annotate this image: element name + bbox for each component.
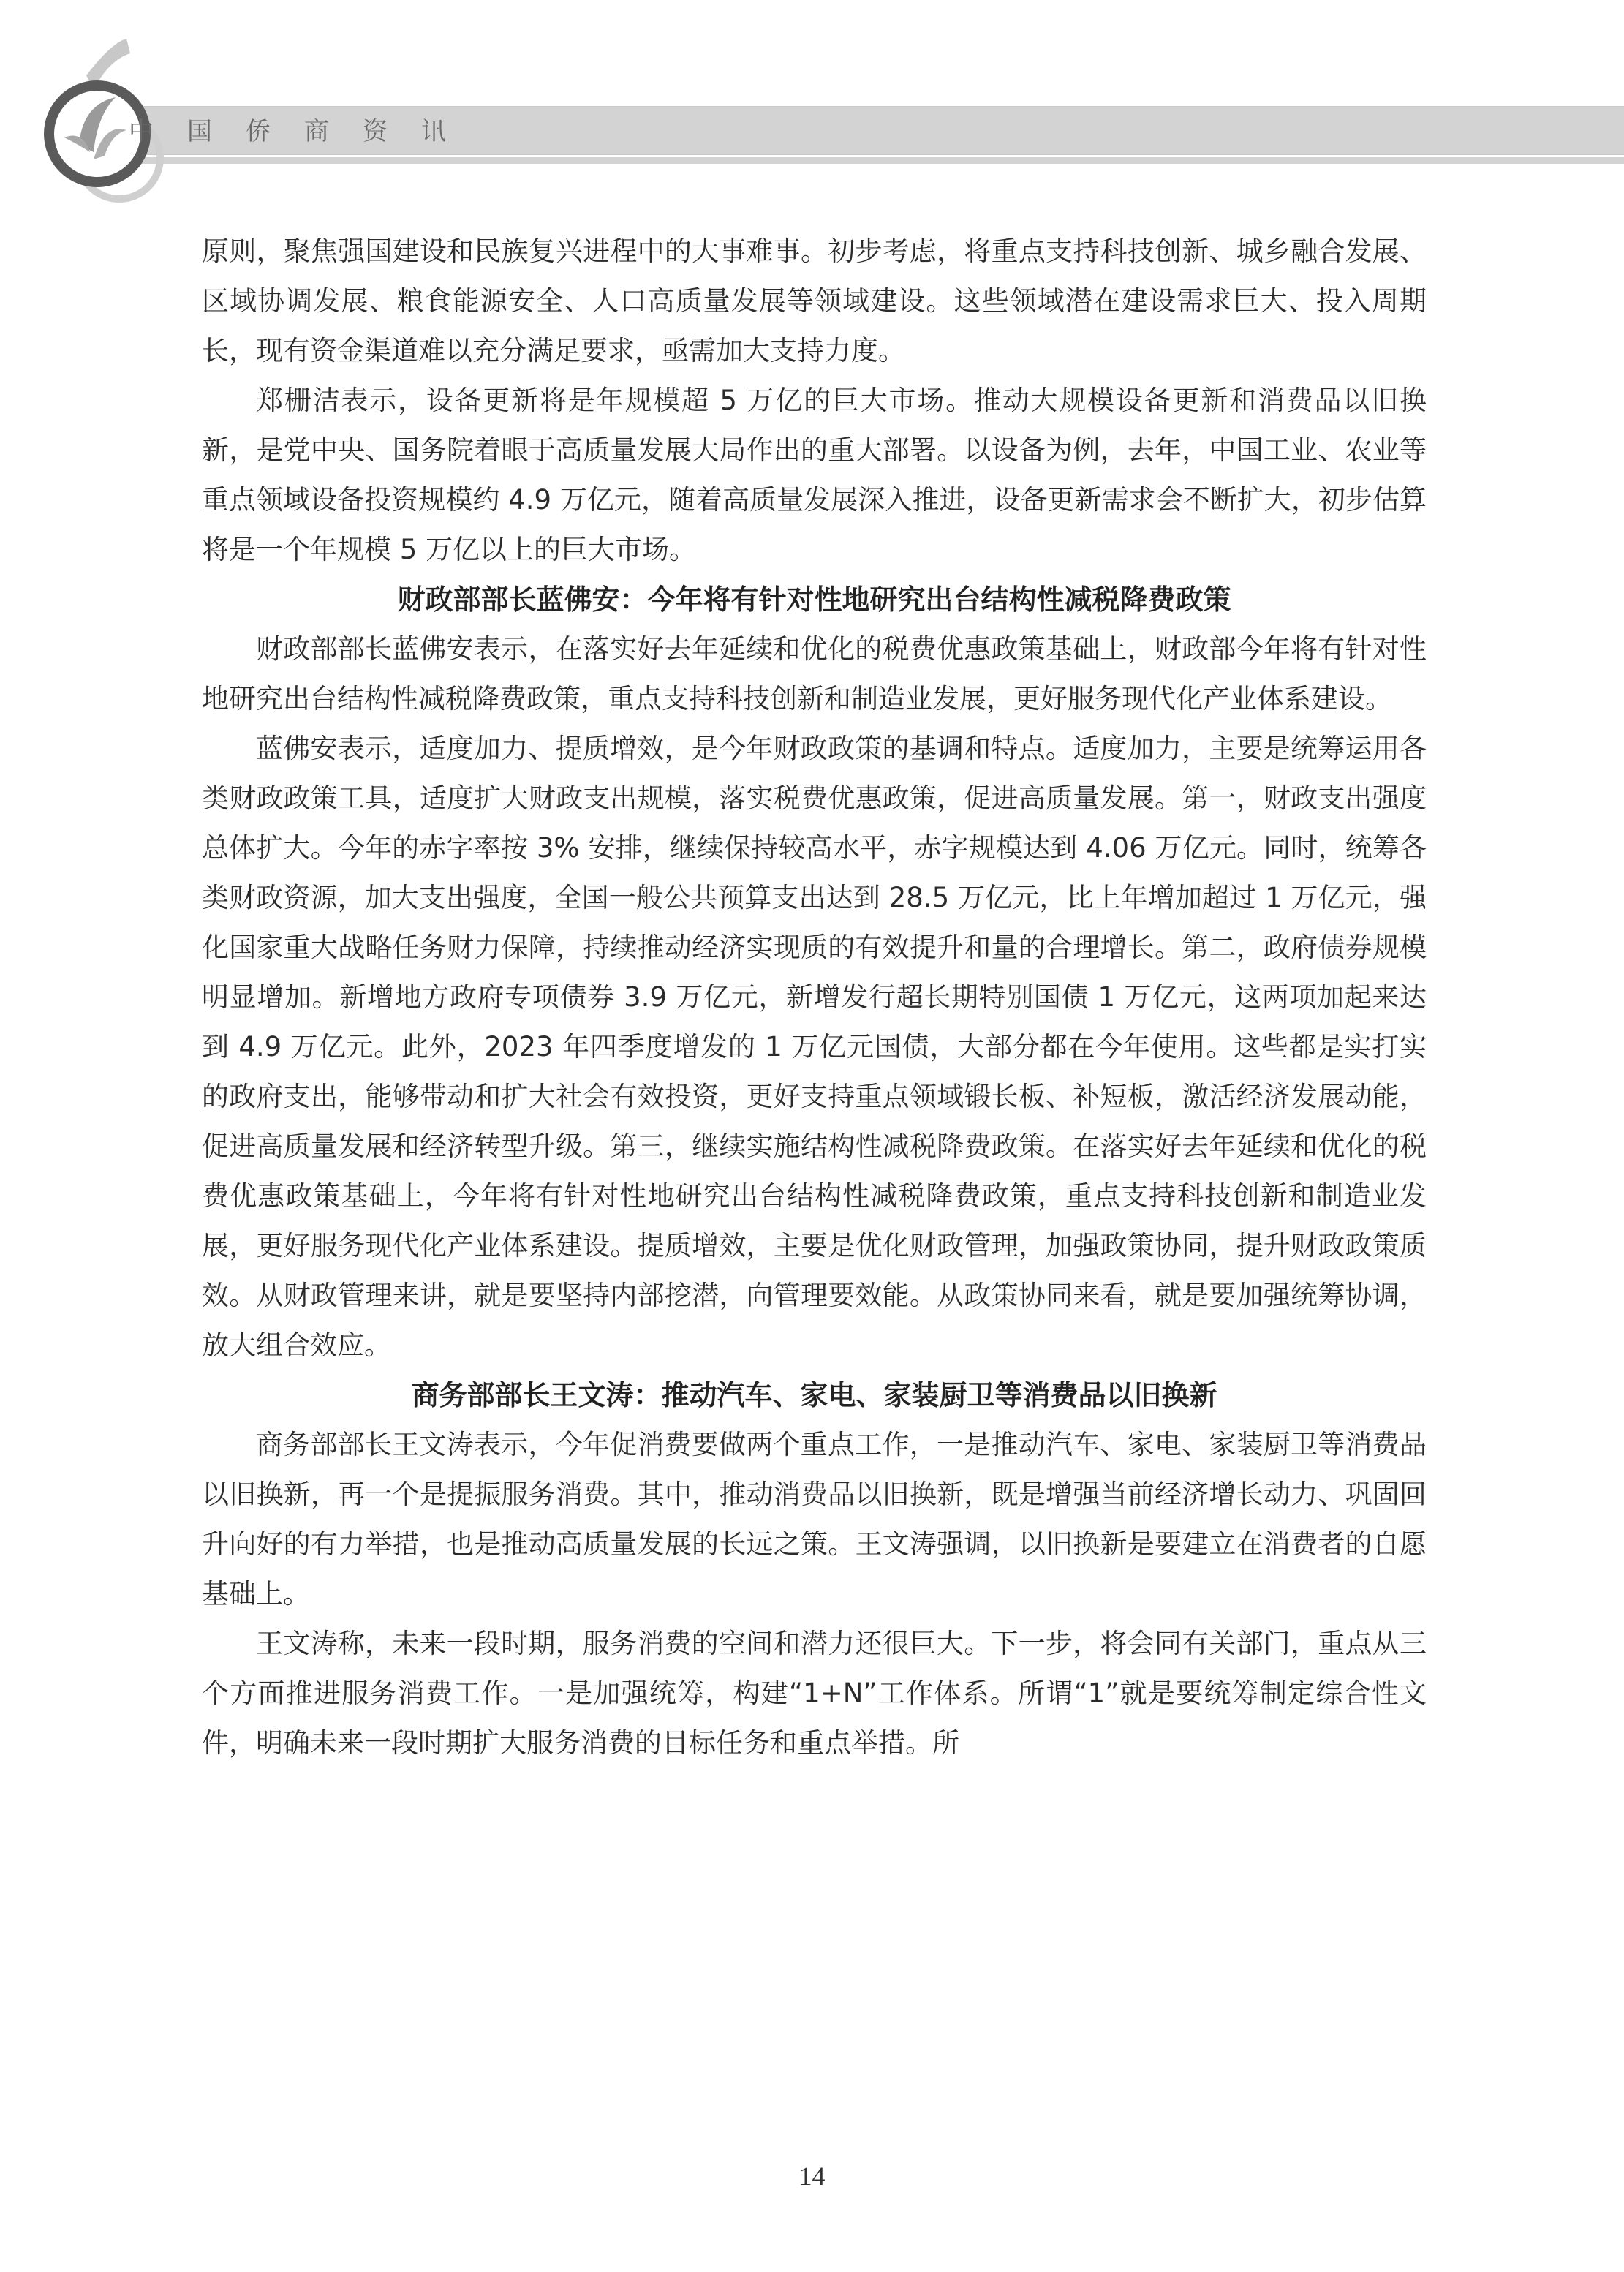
- paragraph: 郑栅洁表示，设备更新将是年规模超 5 万亿的巨大市场。推动大规模设备更新和消费品…: [202, 376, 1427, 575]
- paragraph: 财政部部长蓝佛安表示，在落实好去年延续和优化的税费优惠政策基础上，财政部今年将有…: [202, 624, 1427, 724]
- china-federation-overseas-chinese-entrepreneurs-logo-icon: [42, 35, 123, 207]
- page-number: 14: [0, 2161, 1624, 2192]
- journal-title: 中国侨商资讯: [129, 113, 480, 150]
- paragraph: 王文涛称，未来一段时期，服务消费的空间和潜力还很巨大。下一步，将会同有关部门，重…: [202, 1619, 1427, 1768]
- article-body: 原则，聚焦强国建设和民族复兴进程中的大事难事。初步考虑，将重点支持科技创新、城乡…: [202, 227, 1427, 1768]
- paragraph: 蓝佛安表示，适度加力、提质增效，是今年财政政策的基调和特点。适度加力，主要是统筹…: [202, 724, 1427, 1370]
- paragraph: 商务部部长王文涛表示，今年促消费要做两个重点工作，一是推动汽车、家电、家装厨卫等…: [202, 1420, 1427, 1619]
- page-header: 中国侨商资讯: [0, 0, 1624, 219]
- paragraph: 原则，聚焦强国建设和民族复兴进程中的大事难事。初步考虑，将重点支持科技创新、城乡…: [202, 227, 1427, 376]
- header-band-underline: [116, 157, 1624, 164]
- section-heading: 财政部部长蓝佛安：今年将有针对性地研究出台结构性减税降费政策: [202, 575, 1427, 624]
- section-heading: 商务部部长王文涛：推动汽车、家电、家装厨卫等消费品以旧换新: [202, 1370, 1427, 1420]
